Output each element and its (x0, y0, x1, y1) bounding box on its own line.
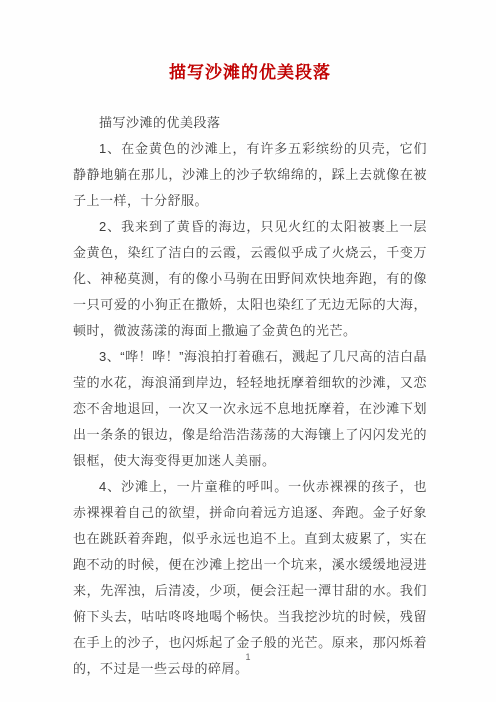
paragraph-3: 3、“哗！哗！”海浪拍打着礁石，溅起了几尺高的洁白晶莹的水花，海浪涌到岸边，轻轻… (73, 344, 427, 474)
page-number: 1 (0, 652, 496, 662)
document-page: 描写沙滩的优美段落 描写沙滩的优美段落 1、在金黄色的沙滩上，有许多五彩缤纷的贝… (0, 0, 496, 702)
subtitle-paragraph: 描写沙滩的优美段落 (73, 110, 427, 136)
paragraph-4: 4、沙滩上，一片童稚的呼叫。一伙赤裸裸的孩子，也赤裸裸着自己的欲望，拼命向着远方… (73, 474, 427, 682)
paragraph-2: 2、我来到了黄昏的海边，只见火红的太阳被裹上一层金黄色，染红了洁白的云霞，云霞似… (73, 214, 427, 344)
document-content: 描写沙滩的优美段落 描写沙滩的优美段落 1、在金黄色的沙滩上，有许多五彩缤纷的贝… (0, 0, 496, 682)
document-title: 描写沙滩的优美段落 (73, 60, 427, 86)
paragraph-1: 1、在金黄色的沙滩上，有许多五彩缤纷的贝壳，它们静静地躺在那儿，沙滩上的沙子软绵… (73, 136, 427, 214)
